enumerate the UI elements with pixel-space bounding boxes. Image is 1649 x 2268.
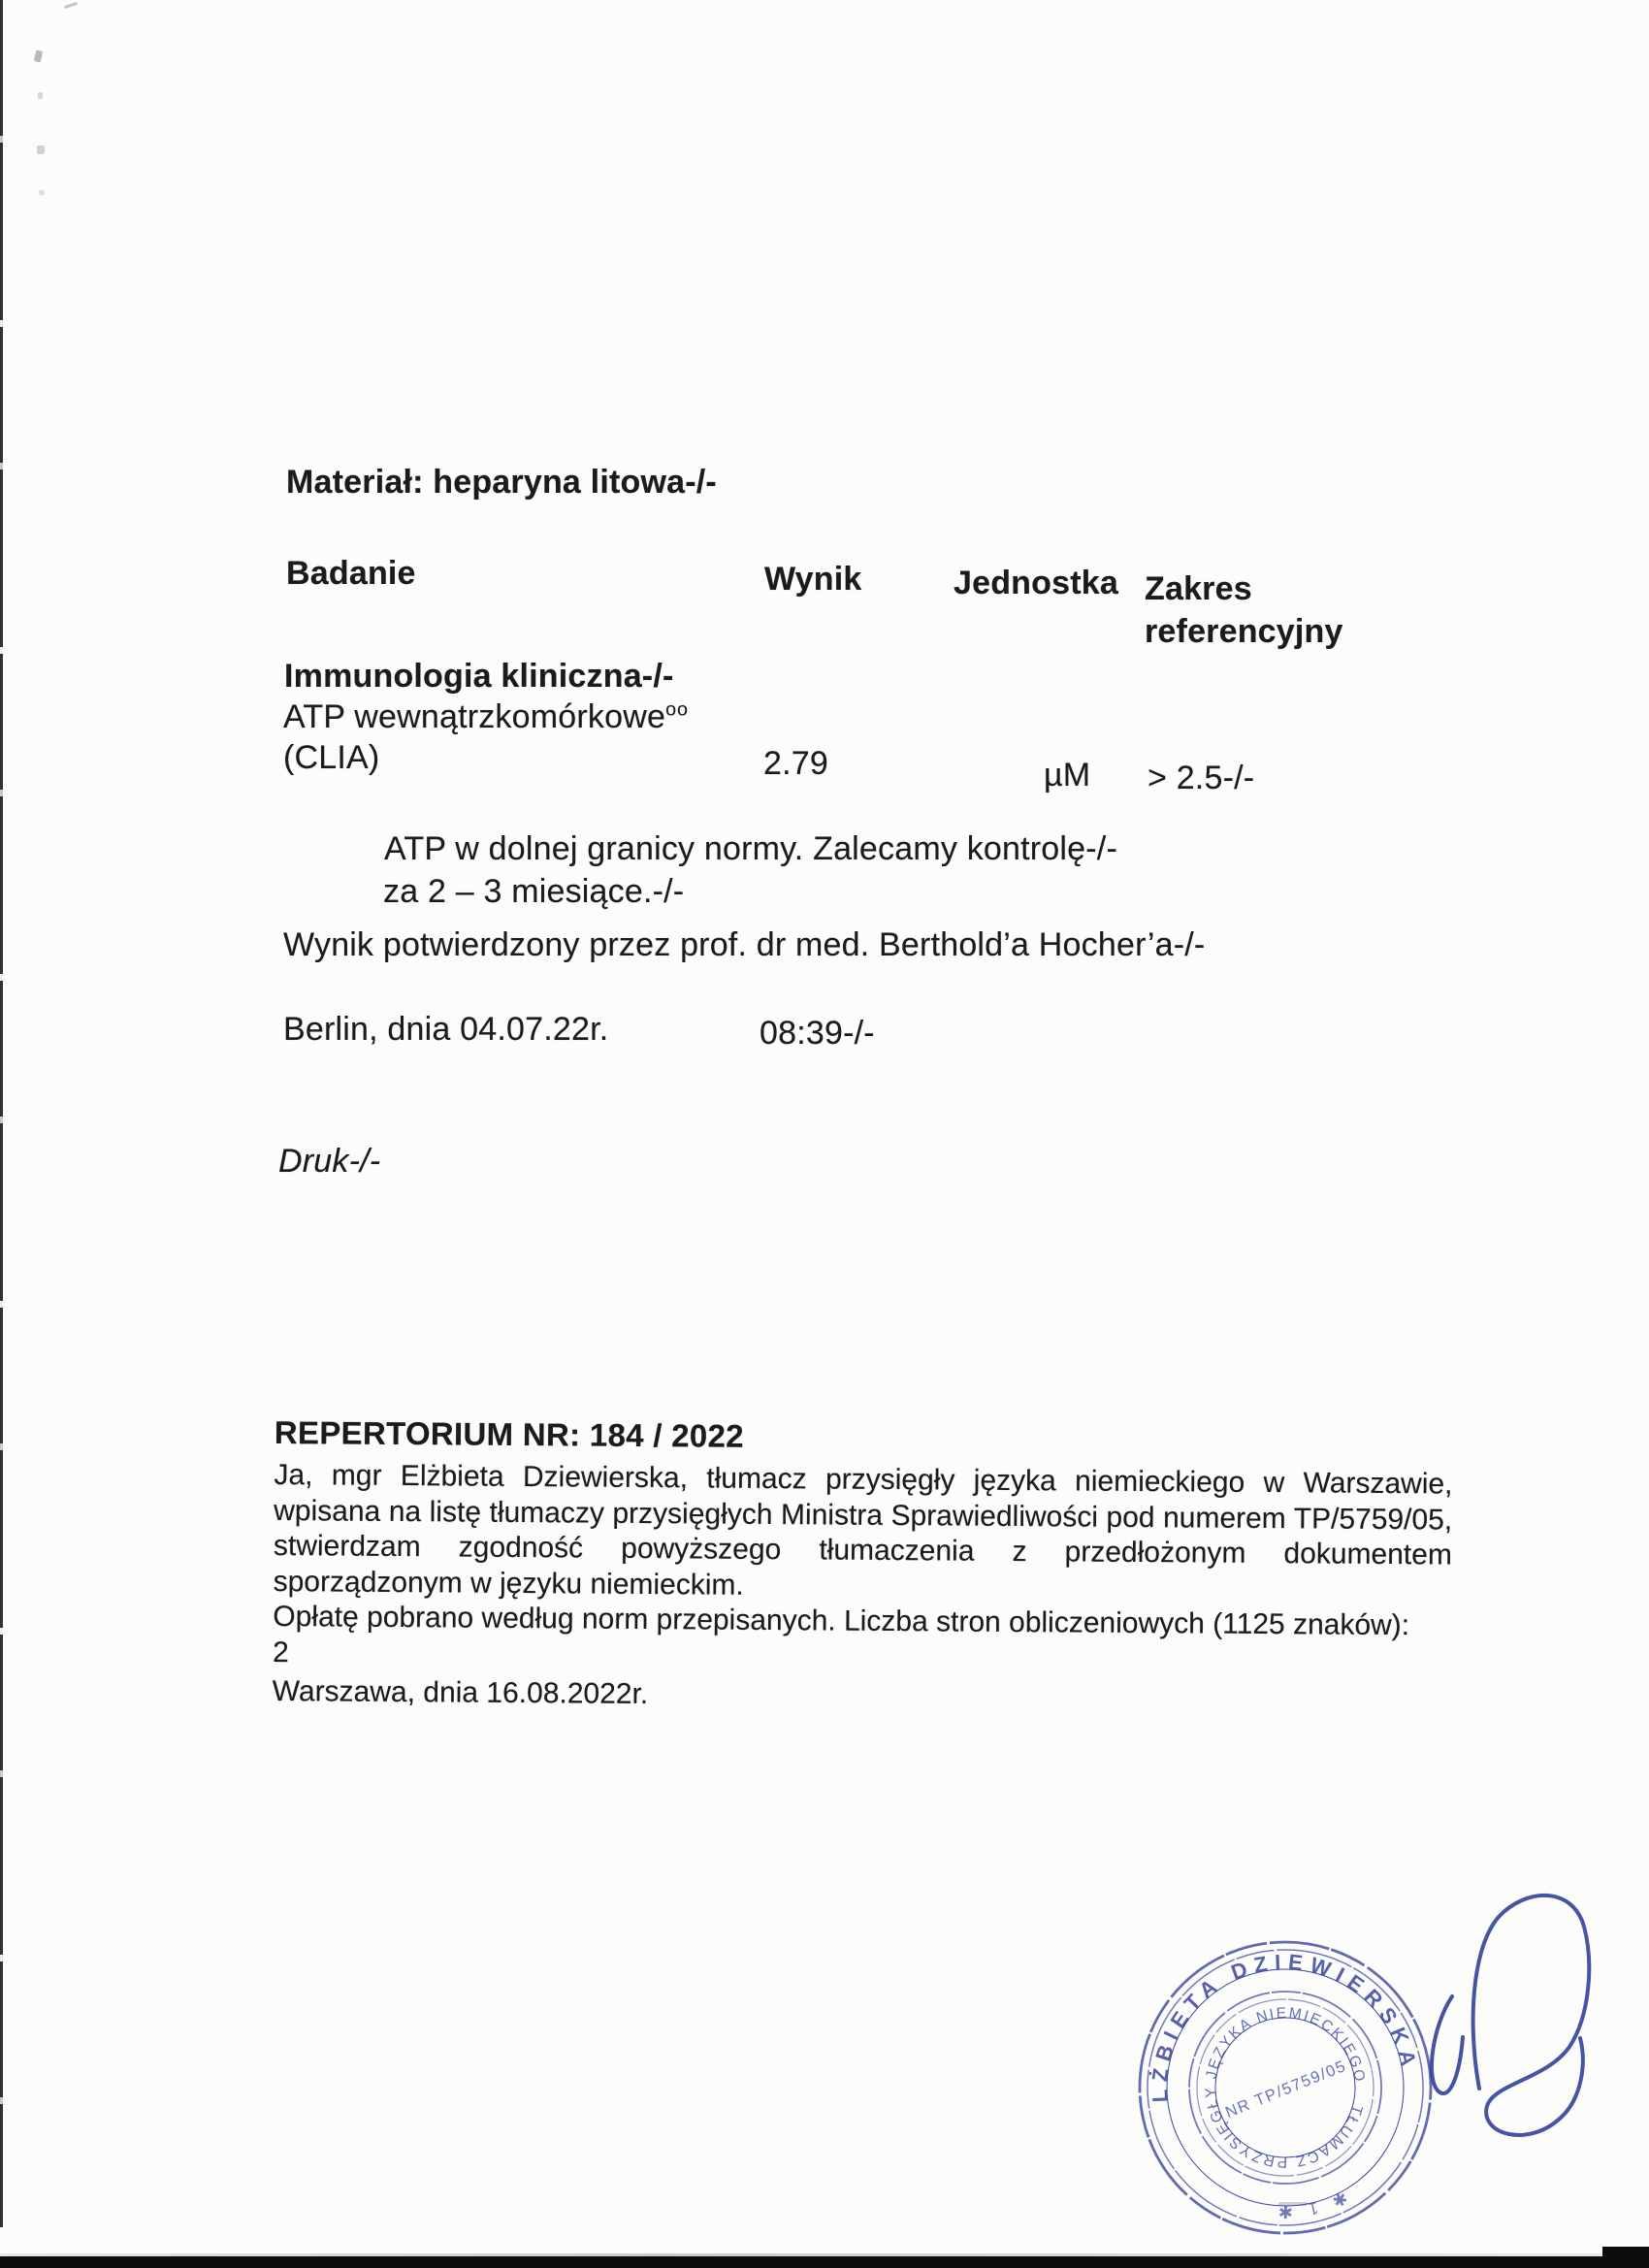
test-result-value: 2.79 [763,745,828,783]
column-header-wynik: Wynik [764,561,862,599]
scan-speck [38,92,43,99]
scan-speck [64,2,78,9]
zakres-line1: Zakres [1145,570,1252,607]
column-header-badanie: Badanie [286,555,416,593]
issue-time: 08:39-/- [760,1015,875,1053]
column-header-zakres: Zakres referencyjny [1145,567,1343,653]
reference-range: > 2.5-/- [1148,760,1254,797]
stamp-center-number: NR TP/5759/05 [1223,2057,1349,2122]
test-name: ATP wewnątrzkomórkoweoo [283,698,689,736]
pen-signature [1382,1880,1649,2200]
svg-text:✱ 1 ✱: ✱ 1 ✱ [1270,2187,1352,2227]
scan-speck [34,49,43,62]
comment-line-2: za 2 – 3 miesiące.-/- [383,873,684,911]
test-method: (CLIA) [283,739,379,777]
scan-speck [37,146,45,154]
column-header-jednostka: Jednostka [954,565,1118,602]
scan-bottom-edge [0,2256,1649,2268]
material-line: Materiał: heparyna litowa-/- [286,464,717,502]
zakres-line2: referencyjny [1145,613,1343,650]
scan-corner-block [1602,2247,1649,2268]
test-unit: µM [1044,757,1090,794]
signing-place-date: Warszawa, dnia 16.08.2022r. [273,1674,1451,1719]
test-category: Immunologia kliniczna-/- [284,658,674,696]
test-name-text: ATP wewnątrzkomórkowe [283,698,665,735]
confirmation-line: Wynik potwierdzony przez prof. dr med. B… [283,926,1205,964]
comment-line-1: ATP w dolnej granicy normy. Zalecamy kon… [384,830,1117,868]
stamp-bottom-marks: ✱ 1 ✱ [1270,2187,1352,2227]
scan-edge-line [0,0,3,2227]
test-superscript: oo [665,699,689,721]
print-note: Druk-/- [278,1143,380,1181]
scan-speck [39,190,45,195]
issue-place-date: Berlin, dnia 04.07.22r. [283,1011,608,1049]
scanned-translation-page: Materiał: heparyna litowa-/- Badanie Wyn… [0,0,1649,2268]
repertorium-heading: REPERTORIUM NR: 184 / 2022 [275,1414,1453,1461]
translator-declaration: Ja, mgr Elżbieta Dziewierska, tłumacz pr… [273,1458,1452,1609]
repertorium-block: REPERTORIUM NR: 184 / 2022 Ja, mgr Elżbi… [273,1414,1453,1719]
